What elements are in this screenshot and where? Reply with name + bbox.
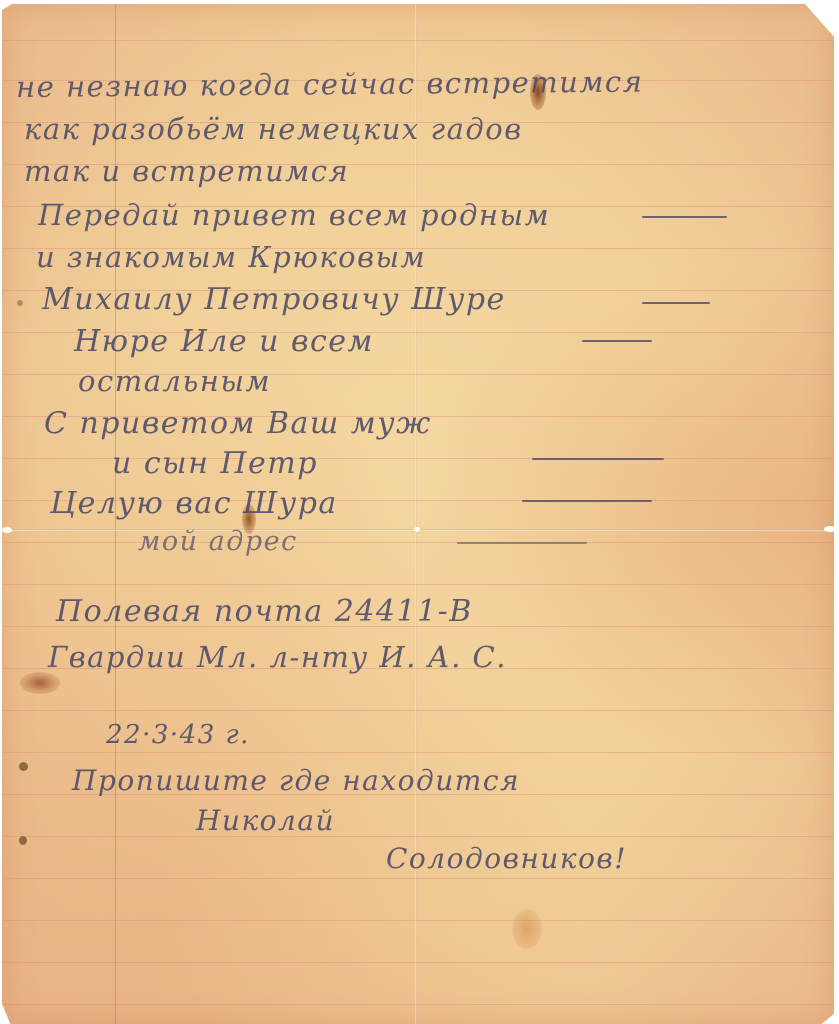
letter-paper: не незнаю когда сейчас встретимся как ра… bbox=[2, 4, 834, 1024]
ruled-line bbox=[2, 40, 834, 41]
letter-line: Передай привет всем родным bbox=[38, 198, 550, 232]
letter-line: и знакомым Крюковым bbox=[36, 240, 426, 274]
pen-flourish bbox=[582, 340, 652, 342]
pen-flourish bbox=[642, 216, 727, 218]
postscript-name: Николай bbox=[196, 804, 335, 837]
letter-line: Целую вас Шура bbox=[50, 486, 338, 521]
ruled-line bbox=[2, 752, 834, 753]
letter-date: 22·3·43 г. bbox=[106, 720, 250, 750]
ruled-line bbox=[2, 920, 834, 921]
dot-stain bbox=[19, 762, 28, 771]
letter-line: мой адрес bbox=[138, 526, 298, 557]
letter-line: и сын Петр bbox=[112, 446, 318, 481]
dot-stain bbox=[17, 300, 23, 306]
letter-line: Нюре Иле и всем bbox=[74, 324, 374, 359]
ruled-line bbox=[2, 836, 834, 837]
water-stain bbox=[512, 909, 542, 949]
ruled-line bbox=[2, 542, 834, 543]
recipient-rank-initials: Гвардии Мл. л-нту И. А. С. bbox=[48, 640, 507, 674]
fold-hole bbox=[2, 527, 12, 533]
rust-stain bbox=[20, 672, 60, 694]
letter-line: Михаилу Петровичу Шуре bbox=[42, 282, 506, 317]
ruled-line bbox=[2, 962, 834, 963]
letter-line: не незнаю когда сейчас встретимся bbox=[16, 65, 644, 104]
letter-line: так и встретимся bbox=[24, 154, 349, 188]
ruled-line bbox=[2, 878, 834, 879]
pen-flourish bbox=[457, 542, 587, 544]
field-post-address: Полевая почта 24411-В bbox=[56, 594, 473, 629]
letter-line: как разобьём немецких гадов bbox=[24, 112, 523, 146]
letter-line: остальным bbox=[78, 364, 271, 398]
ruled-line bbox=[2, 1004, 834, 1005]
postscript-line: Пропишите где находится bbox=[72, 764, 520, 797]
dot-stain bbox=[19, 836, 27, 845]
signature: Солодовников! bbox=[386, 842, 627, 875]
letter-line: С приветом Ваш муж bbox=[44, 406, 432, 441]
ruled-line bbox=[2, 584, 834, 585]
pen-flourish bbox=[642, 302, 710, 304]
ruled-line bbox=[2, 710, 834, 711]
fold-hole bbox=[824, 526, 836, 532]
fold-hole bbox=[414, 527, 420, 532]
pen-flourish bbox=[532, 458, 664, 460]
pen-flourish bbox=[522, 500, 652, 502]
